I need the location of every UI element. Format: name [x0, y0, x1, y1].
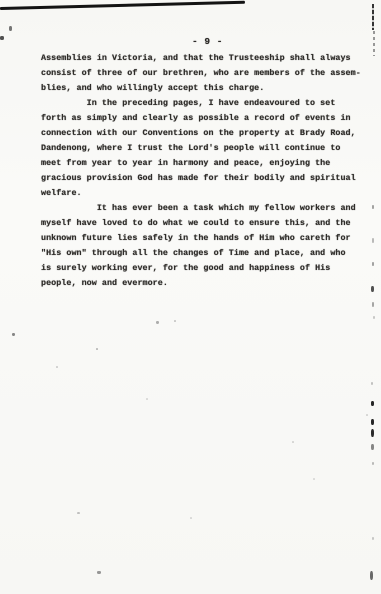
text-line: is surely working ever, for the good and…: [41, 261, 371, 276]
scan-speck: [292, 441, 294, 443]
text-line: welfare.: [41, 186, 371, 201]
text-line: gracious provision God has made for thei…: [41, 171, 371, 186]
scan-speck: [371, 429, 374, 437]
scan-speck: [372, 462, 374, 465]
text-line: Dandenong, where I trust the Lord's peop…: [41, 141, 371, 156]
scan-speck: [77, 512, 80, 514]
text-line: meet from year to year in harmony and pe…: [41, 156, 371, 171]
scan-speck: [156, 321, 159, 324]
text-line: Assemblies in Victoria, and that the Tru…: [41, 51, 371, 66]
scan-speck: [366, 414, 368, 416]
text-line: forth as simply and clearly as possible …: [41, 111, 371, 126]
scan-speck: [146, 398, 148, 400]
scan-speck: [372, 262, 374, 266]
page-number: - 9 -: [192, 36, 223, 47]
text-line: consist of three of our brethren, who ar…: [41, 66, 371, 81]
scan-speck: [371, 401, 374, 406]
scan-speck: [372, 302, 374, 307]
text-line: "His own" through all the changes of Tim…: [41, 246, 371, 261]
scan-speck: [371, 286, 374, 292]
scan-speck: [372, 537, 374, 540]
text-line: In the preceding pages, I have endeavour…: [41, 96, 371, 111]
scan-speck: [371, 382, 373, 385]
scan-speck: [372, 205, 374, 209]
scan-binding-mark: [372, 4, 374, 30]
scan-speck: [370, 571, 373, 580]
scan-speck: [174, 320, 176, 322]
text-line: myself have loved to do what we could to…: [41, 216, 371, 231]
text-line: connection with our Conventions on the p…: [41, 126, 371, 141]
scan-speck: [371, 419, 374, 425]
scan-speck: [371, 444, 374, 450]
scan-speck: [373, 316, 375, 319]
scan-speck: [313, 478, 315, 480]
scan-speck: [96, 348, 98, 350]
scan-speck: [12, 333, 15, 336]
scan-top-edge-line: [0, 1, 245, 10]
scan-speck: [0, 36, 4, 40]
scan-speck: [97, 571, 101, 574]
text-line: It has ever been a task which my fellow …: [41, 201, 371, 216]
scan-speck: [9, 26, 12, 31]
text-line: blies, and who willingly accept this cha…: [41, 81, 371, 96]
body-text: Assemblies in Victoria, and that the Tru…: [41, 51, 371, 291]
text-line: people, now and evermore.: [41, 276, 371, 291]
text-line: unknown future lies safely in the hands …: [41, 231, 371, 246]
scan-speck: [56, 366, 58, 368]
scan-speck: [372, 238, 374, 243]
scan-binding-mark-faint: [373, 31, 375, 56]
scanned-document-page: - 9 - Assemblies in Victoria, and that t…: [0, 0, 381, 594]
scan-speck: [190, 517, 192, 519]
